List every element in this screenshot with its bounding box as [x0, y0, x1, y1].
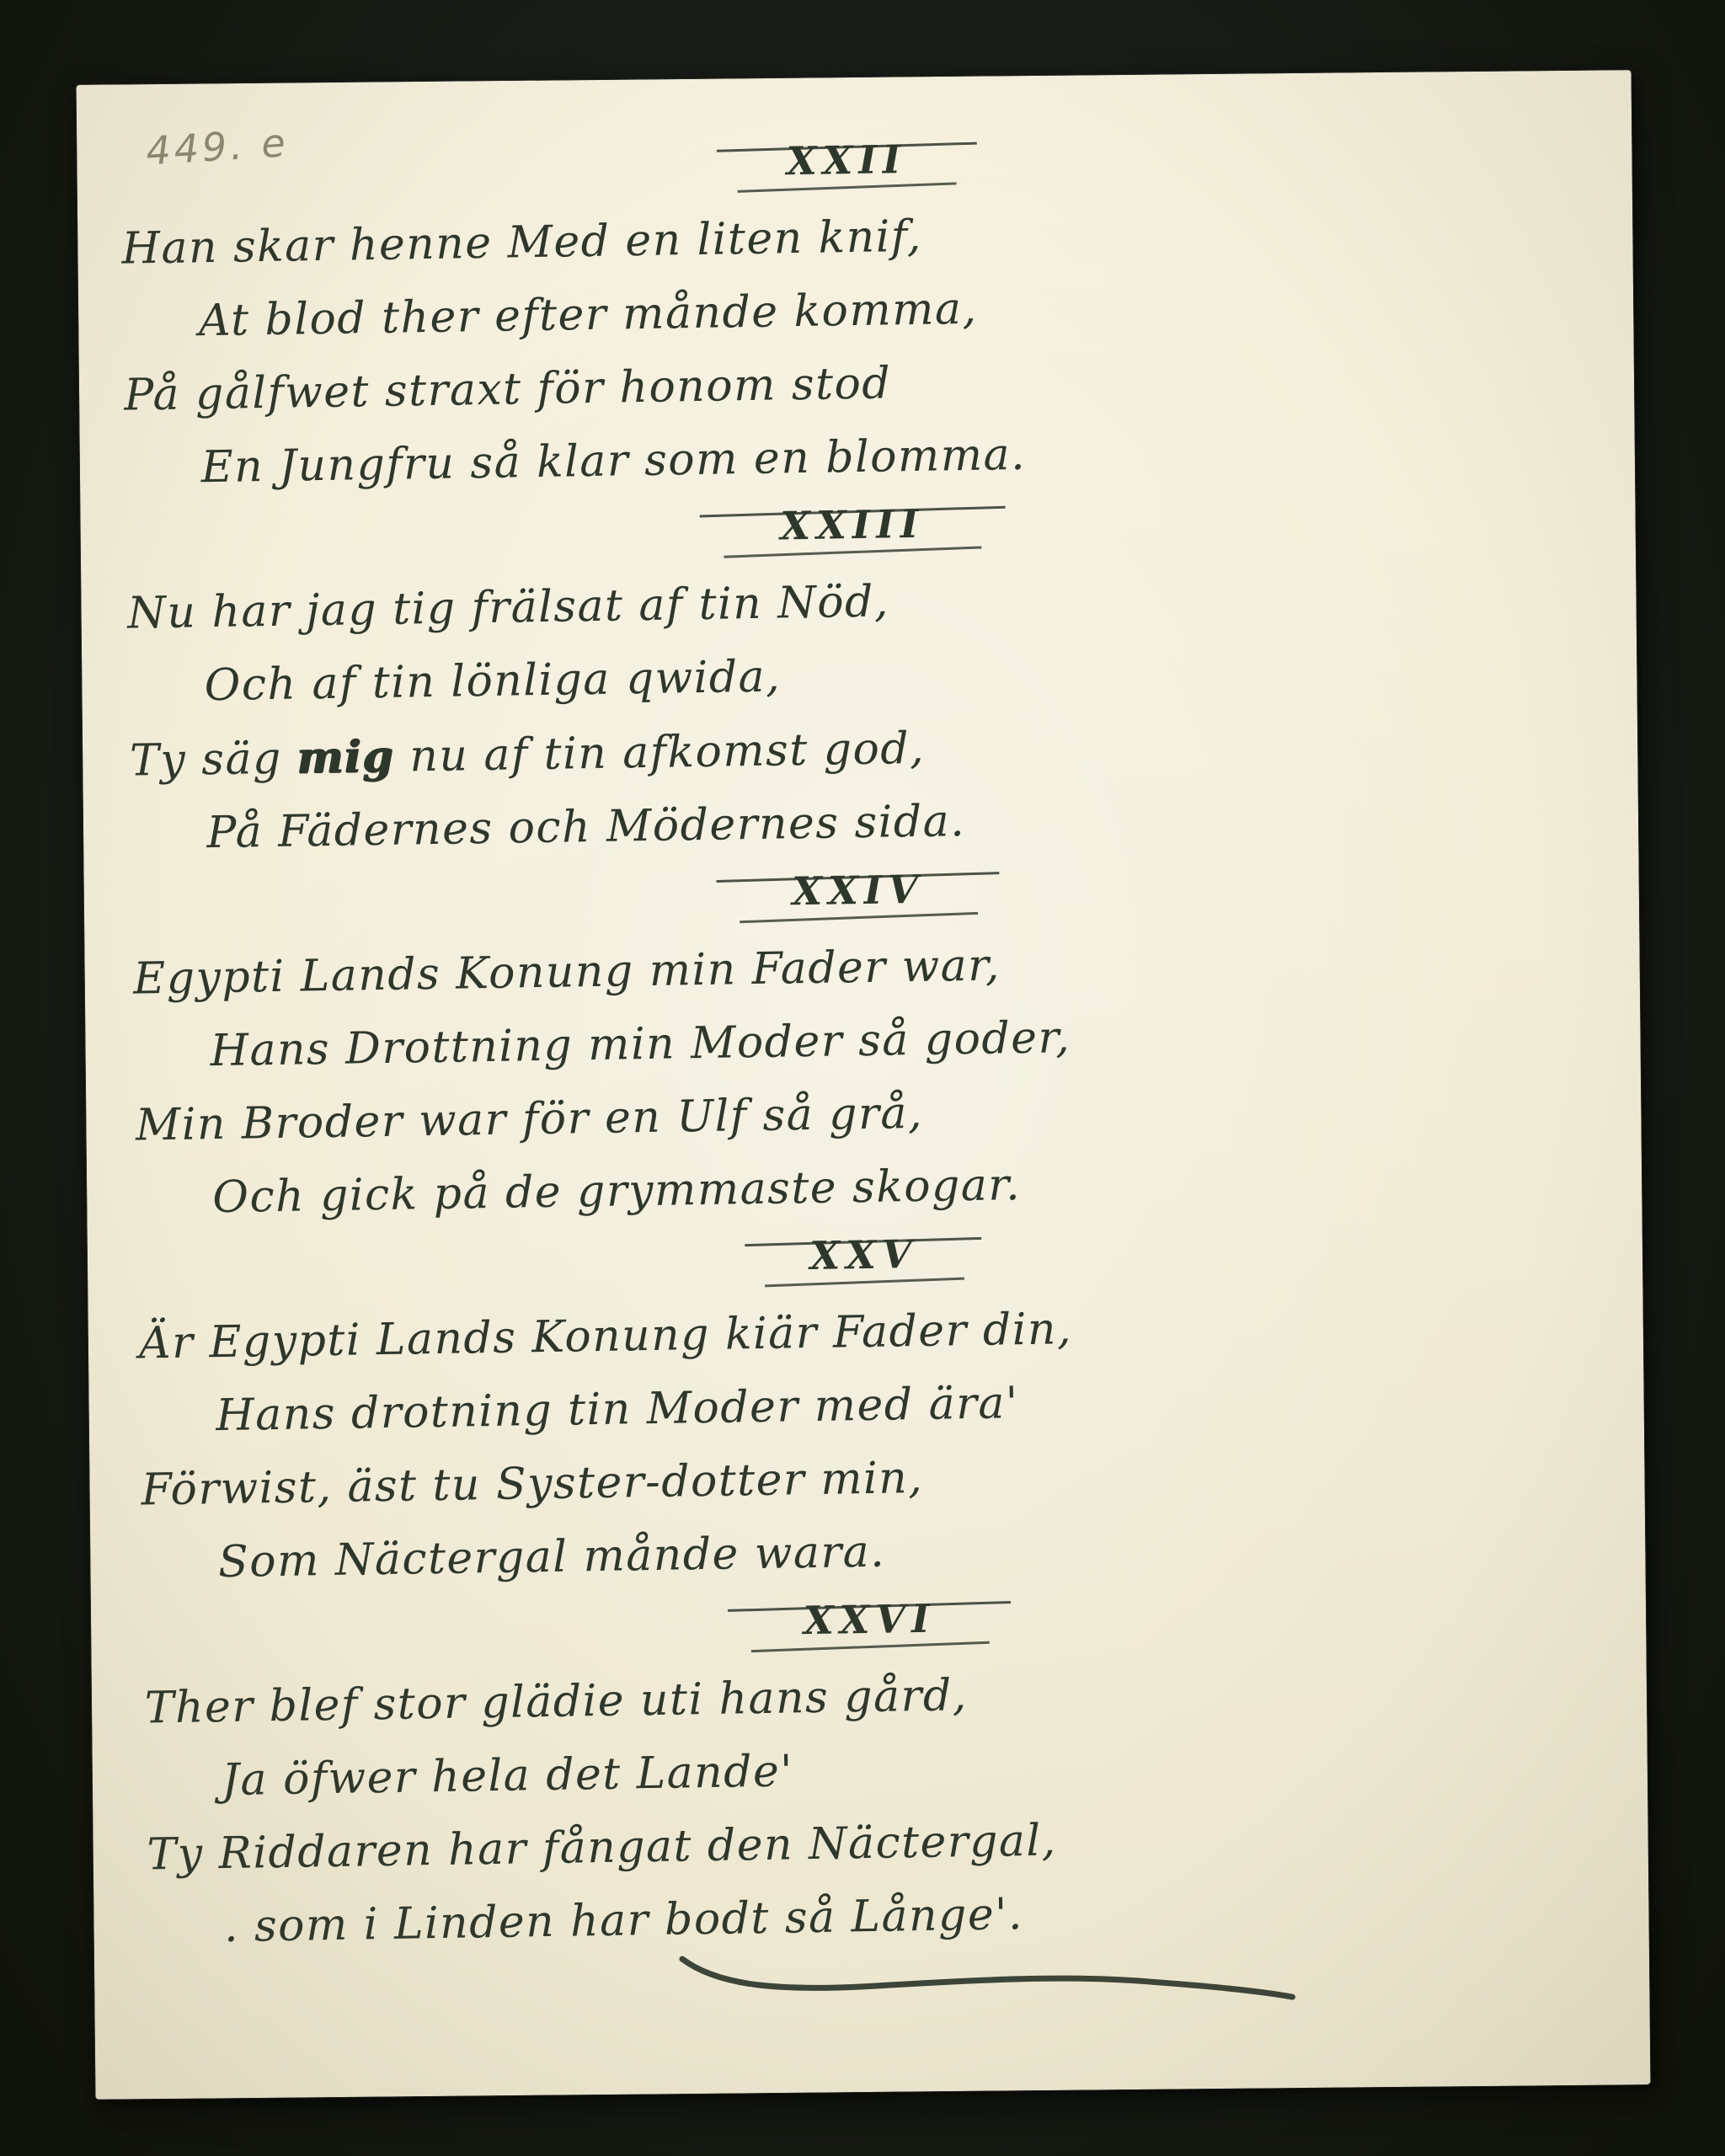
stanza-number: XXV — [801, 1227, 927, 1283]
stanza: XXVITher blef stor glädie uti hans gård,… — [143, 1581, 1601, 1965]
stanza: XXIIHan skar henne Med en liten knif,At … — [120, 122, 1578, 506]
stanza: XXIIINu har jag tig frälsat af tin Nöd,O… — [126, 487, 1583, 872]
stanza: XXIVEgypti Lands Konung min Fader war,Ha… — [131, 852, 1589, 1236]
closing-flourish — [676, 1943, 1300, 2011]
manuscript-paper: 449. e XXIIHan skar henne Med en liten k… — [77, 70, 1651, 2100]
verse-segment: nu af tin afkomst god, — [394, 723, 926, 782]
stanza-number: XXII — [777, 132, 915, 189]
stanza-number: XXIV — [783, 862, 933, 919]
stanza-list: XXIIHan skar henne Med en liten knif,At … — [120, 119, 1601, 1966]
photograph-background: { "page": { "archive_number": "449. e", … — [0, 0, 1725, 2156]
overwritten-word: mig — [296, 731, 395, 784]
verse-segment: Ty säg — [130, 733, 298, 786]
stanza-number: XXVI — [794, 1592, 944, 1648]
stanza-number: XXIII — [772, 497, 933, 553]
stanza: XXVÄr Egypti Lands Konung kiär Fader din… — [137, 1216, 1595, 1600]
flourish-curve — [682, 1953, 1292, 2003]
